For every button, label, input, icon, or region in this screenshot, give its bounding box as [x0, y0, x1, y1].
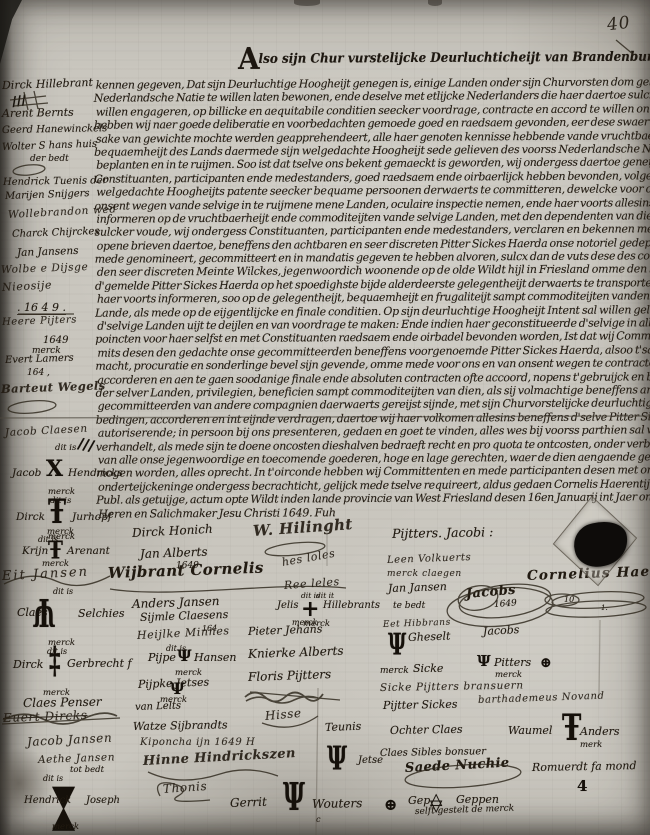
merck-label: merck claegen [387, 570, 462, 579]
signature-mark-pitchfork: Ψ [388, 629, 406, 659]
margin-name: Geerd Hanewinckels [2, 124, 108, 136]
margin-name: Nieosije [2, 279, 53, 293]
scribbled-out-signature [245, 693, 323, 702]
margin-date: 1649 [43, 336, 68, 346]
margin-mark-x-cross: X [46, 458, 63, 480]
signature: Hisse [264, 707, 302, 722]
margin-mark-hatch: /// [76, 436, 95, 454]
margin-name: Hendrick Tuenis der [3, 176, 108, 188]
dit-is-label: dit is [53, 588, 73, 596]
body-lines: kennen gegeven, Dat sijn Deurluchtige Ho… [96, 75, 647, 520]
page-number: 40 [606, 13, 632, 36]
margin-name: Jurhopf [72, 512, 112, 523]
signature: Joseph [86, 796, 120, 806]
signature-mark-branch: Ψ [33, 593, 55, 631]
signature: Thonis [163, 780, 208, 795]
signature-date: 1649 [494, 599, 517, 610]
signature: Ree leles [284, 576, 341, 591]
margin-name: Evert Lamers [5, 354, 74, 366]
signature: Hinne Hindrickszen [143, 747, 297, 768]
margin-name: Wolter S hans huis [2, 140, 97, 153]
signature: te bedt [393, 602, 425, 611]
notary-paraph [546, 599, 646, 618]
signature: van Lelts [135, 701, 181, 713]
signature: Arenant [67, 546, 110, 557]
signature: Euert Dircks [3, 709, 88, 724]
signature: Jelis [277, 601, 298, 611]
signature: Jacob Jansen [27, 732, 113, 748]
signature: Pijtters. Jacobi : [392, 526, 493, 540]
scribbled-out-signature [246, 696, 318, 703]
signature: Sicke Pijtters bransuern [380, 680, 524, 693]
signature: Waumel [508, 725, 552, 736]
signature: Dirck Honich [132, 523, 213, 539]
margin-date: 164 , [27, 369, 50, 378]
opening-line-text: lso sijn Chur vurstelijcke Deurluchtiche… [259, 49, 650, 67]
margin-name: Dirck Hillebrant [2, 77, 93, 91]
signature-mark-pitchfork: Ψ [170, 681, 185, 697]
signature-mark-cross: + [301, 598, 319, 620]
margin-name: Dirck [16, 512, 45, 523]
merck-label: merck [52, 823, 79, 832]
dit-is-label: dit is [55, 444, 76, 453]
signature: Teunis [325, 721, 362, 733]
signature: Pijpe [148, 652, 176, 663]
signature: Claes Penser [23, 696, 102, 709]
signature-mark-four: 4 [577, 779, 587, 794]
margin-name: Jan Jansens [17, 246, 79, 259]
wegels-paraph [8, 399, 57, 415]
signature: Jan Jansen [388, 581, 447, 594]
margin-name: Heere Pijters [2, 315, 77, 328]
signature: Jan Alberts [140, 546, 208, 560]
signature: Gep [408, 795, 430, 806]
wax-seal [548, 504, 650, 580]
merck-label: merck [380, 667, 409, 676]
margin-name: Marijen Snijgers [5, 189, 90, 202]
signature: Saede Nuchie [405, 757, 510, 775]
margin-date: . 16 4 9 . [17, 302, 66, 315]
signature: Pitters [494, 657, 531, 668]
signature: Gerrit [230, 796, 267, 809]
signature: Wouters [312, 797, 362, 810]
signature: Knierke Alberts [248, 645, 344, 660]
signature: Ochter Claes [390, 724, 463, 736]
signature: Gerbrecht f [67, 658, 132, 669]
signature: tot bedt [70, 766, 104, 775]
signature: Hillebrants [323, 601, 380, 611]
margin-name: Jacob [12, 468, 41, 479]
signature: Floris Pijtters [248, 668, 332, 683]
signature: Romuerdt fa mond [532, 760, 637, 773]
signature: Krijn [22, 546, 48, 557]
signature-flourish [148, 770, 278, 780]
signature: Hendrick [24, 796, 71, 806]
margin-name: Jacob Claesen [5, 424, 88, 439]
signature: c [316, 816, 320, 824]
signature-mark-pitchfork: Ψ [177, 648, 192, 664]
paper-nick [428, 0, 442, 6]
signature: Heijlke Minnes [137, 625, 230, 641]
signature-mark-pitchfork: Ψ [477, 654, 491, 669]
signature: Dirck [13, 659, 43, 670]
signature: Wijbrant Cornelis [108, 561, 264, 581]
manuscript-page: 40 Also sijn Chur vurstelijcke Deurlucht… [0, 0, 650, 835]
signature: Hansen [194, 652, 236, 663]
margin-name: Arent Bernts [2, 107, 74, 119]
signature: Gheselt [408, 631, 451, 643]
scribbled-out-signature [250, 692, 340, 700]
margin-mark-gallows: Ŧ [48, 495, 66, 529]
signature: Aethe Jansen [38, 752, 115, 765]
signature-mark-tall-cross: Ŧ [562, 711, 581, 747]
signature-mark-circle-plus: ⊕ [384, 797, 397, 813]
margin-name: der bedt [30, 155, 69, 164]
signature-mark-circle-plus: ⊕ [540, 656, 552, 670]
opening-line: Also sijn Chur vurstelijcke Deurluchtich… [238, 48, 608, 70]
signature-mark-pitchfork: Ψ [327, 743, 347, 776]
signature: Sicke [413, 663, 443, 674]
signature: Kiponcha ijn 1649 H [140, 738, 255, 748]
margin-name: Charck Chijrckes [12, 227, 100, 240]
margin-name: Barteut Wegels [1, 380, 106, 395]
paper-nick [294, 0, 320, 6]
signature: Eit Jansen [2, 565, 90, 583]
signature: Sijmle Claesens [140, 609, 229, 623]
signature: hes loles [281, 548, 336, 568]
signature: Jacobs [483, 624, 520, 637]
margin-flourish [13, 163, 46, 176]
signature: W. Hilinght [252, 517, 353, 539]
fold-crease-vertical [316, 688, 318, 835]
margin-name: Hendricks [68, 468, 123, 479]
signature: Anders [580, 726, 619, 737]
paraph-number: 10 [564, 596, 574, 604]
signature: Selchies [78, 608, 124, 619]
signature-mark-pitchfork: Ψ [283, 778, 305, 816]
merck-label: selft gestelt de merck [415, 805, 515, 817]
paraph-number: 1. [601, 605, 608, 612]
merck-label: merk [580, 741, 602, 750]
signature: Pijtter Sickes [383, 699, 458, 711]
signature: barthademeus Novand [478, 692, 605, 706]
signature: Watze Sijbrandts [133, 719, 228, 732]
signature: Leen Volkuerts [387, 553, 472, 566]
decorated-initial: A [238, 42, 258, 77]
signature-mark-dagger: ‡ [49, 642, 61, 679]
merck-label: merck [495, 671, 522, 680]
fold-crease-vertical [599, 620, 600, 696]
margin-name: Wolbe e Dijsge [1, 262, 89, 276]
merck-label: merck [292, 619, 317, 627]
